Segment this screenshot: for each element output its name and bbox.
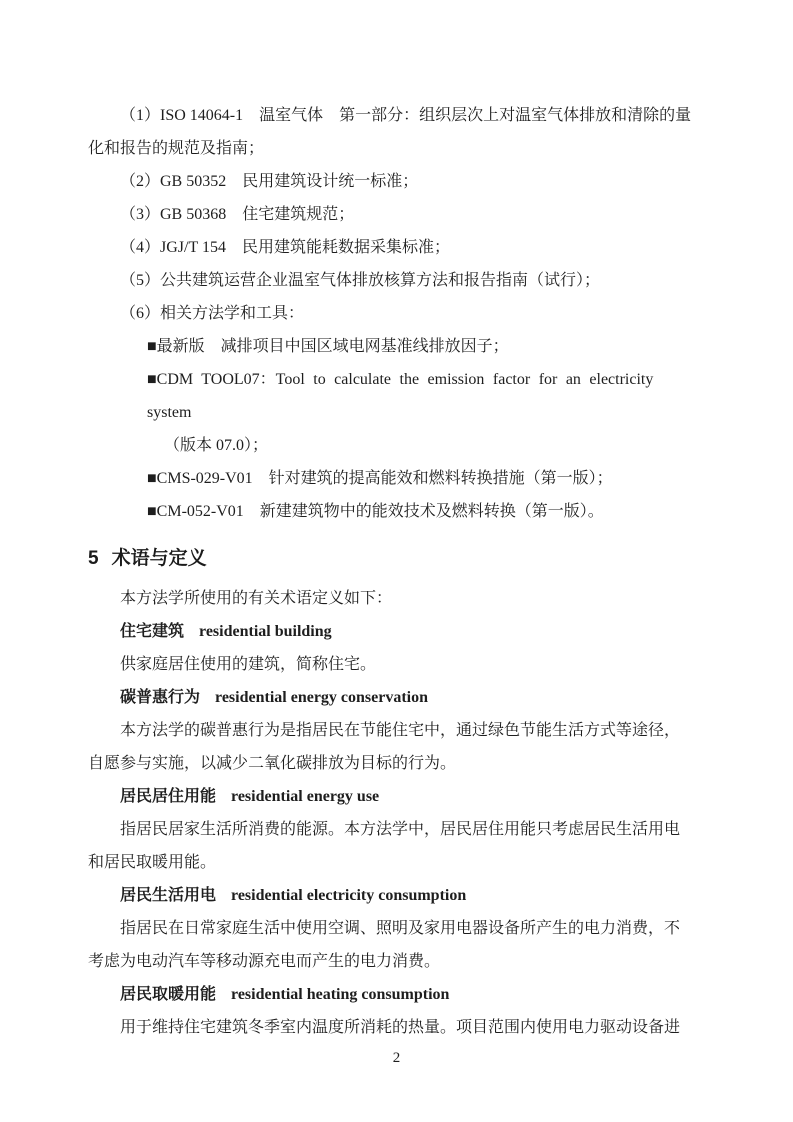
term-heading-heating-consumption: 居民取暖用能residential heating consumption [88, 978, 705, 1011]
bullet-item-cm-052: ■CM-052-V01 新建建筑物中的能效技术及燃料转换（第一版）。 [88, 495, 705, 528]
term-heading-electricity-consumption: 居民生活用电residential electricity consumptio… [88, 879, 705, 912]
term-definition-line: 供家庭居住使用的建筑，简称住宅。 [88, 648, 705, 681]
reference-item-3: （3）GB 50368 住宅建筑规范； [88, 198, 705, 231]
page-number: 2 [0, 1048, 793, 1068]
term-en: residential electricity consumption [231, 887, 466, 904]
bullet-item-grid-factor: ■最新版 减排项目中国区域电网基准线排放因子； [88, 330, 705, 363]
term-zh: 居民居住用能 [120, 788, 216, 805]
term-definition-line: 指居民在日常家庭生活中使用空调、照明及家用电器设备所产生的电力消费，不 [88, 912, 705, 945]
reference-item-1-line-2: 化和报告的规范及指南； [88, 132, 705, 165]
term-definition-line: 自愿参与实施，以减少二氧化碳排放为目标的行为。 [88, 747, 705, 780]
term-en: residential energy use [231, 788, 379, 805]
reference-item-2: （2）GB 50352 民用建筑设计统一标准； [88, 165, 705, 198]
term-definition-line: 本方法学的碳普惠行为是指居民在节能住宅中，通过绿色节能生活方式等途径， [88, 714, 705, 747]
term-definition-line: 用于维持住宅建筑冬季室内温度所消耗的热量。项目范围内使用电力驱动设备进 [88, 1011, 705, 1044]
bullet-item-cdm-tool07-line-2: （版本 07.0）； [88, 429, 705, 462]
section-number: 5 [88, 548, 99, 569]
term-en: residential energy conservation [215, 689, 428, 706]
document-page: （1）ISO 14064-1 温室气体 第一部分：组织层次上对温室气体排放和清除… [0, 0, 793, 1122]
term-en: residential heating consumption [231, 986, 449, 1003]
term-zh: 碳普惠行为 [120, 689, 200, 706]
term-zh: 住宅建筑 [120, 623, 184, 640]
term-zh: 居民生活用电 [120, 887, 216, 904]
term-zh: 居民取暖用能 [120, 986, 216, 1003]
bullet-item-cms-029: ■CMS-029-V01 针对建筑的提高能效和燃料转换措施（第一版）； [88, 462, 705, 495]
section-heading: 5术语与定义 [88, 546, 705, 572]
term-definition-line: 和居民取暖用能。 [88, 846, 705, 879]
terms-intro: 本方法学所使用的有关术语定义如下： [88, 582, 705, 615]
term-heading-residential-building: 住宅建筑residential building [88, 615, 705, 648]
reference-item-6: （6）相关方法学和工具： [88, 297, 705, 330]
term-definition-line: 指居民居家生活所消费的能源。本方法学中，居民居住用能只考虑居民生活用电 [88, 813, 705, 846]
term-heading-energy-conservation: 碳普惠行为residential energy conservation [88, 681, 705, 714]
bullet-item-cdm-tool07-line-1: ■CDM TOOL07：Tool to calculate the emissi… [88, 363, 705, 429]
term-en: residential building [199, 623, 332, 640]
term-heading-energy-use: 居民居住用能residential energy use [88, 780, 705, 813]
page-content: （1）ISO 14064-1 温室气体 第一部分：组织层次上对温室气体排放和清除… [88, 99, 705, 1044]
term-definition-line: 考虑为电动汽车等移动源充电而产生的电力消费。 [88, 945, 705, 978]
section-title: 术语与定义 [112, 548, 207, 569]
reference-item-4: （4）JGJ/T 154 民用建筑能耗数据采集标准； [88, 231, 705, 264]
reference-item-5: （5）公共建筑运营企业温室气体排放核算方法和报告指南（试行）； [88, 264, 705, 297]
reference-item-1-line-1: （1）ISO 14064-1 温室气体 第一部分：组织层次上对温室气体排放和清除… [88, 99, 705, 132]
